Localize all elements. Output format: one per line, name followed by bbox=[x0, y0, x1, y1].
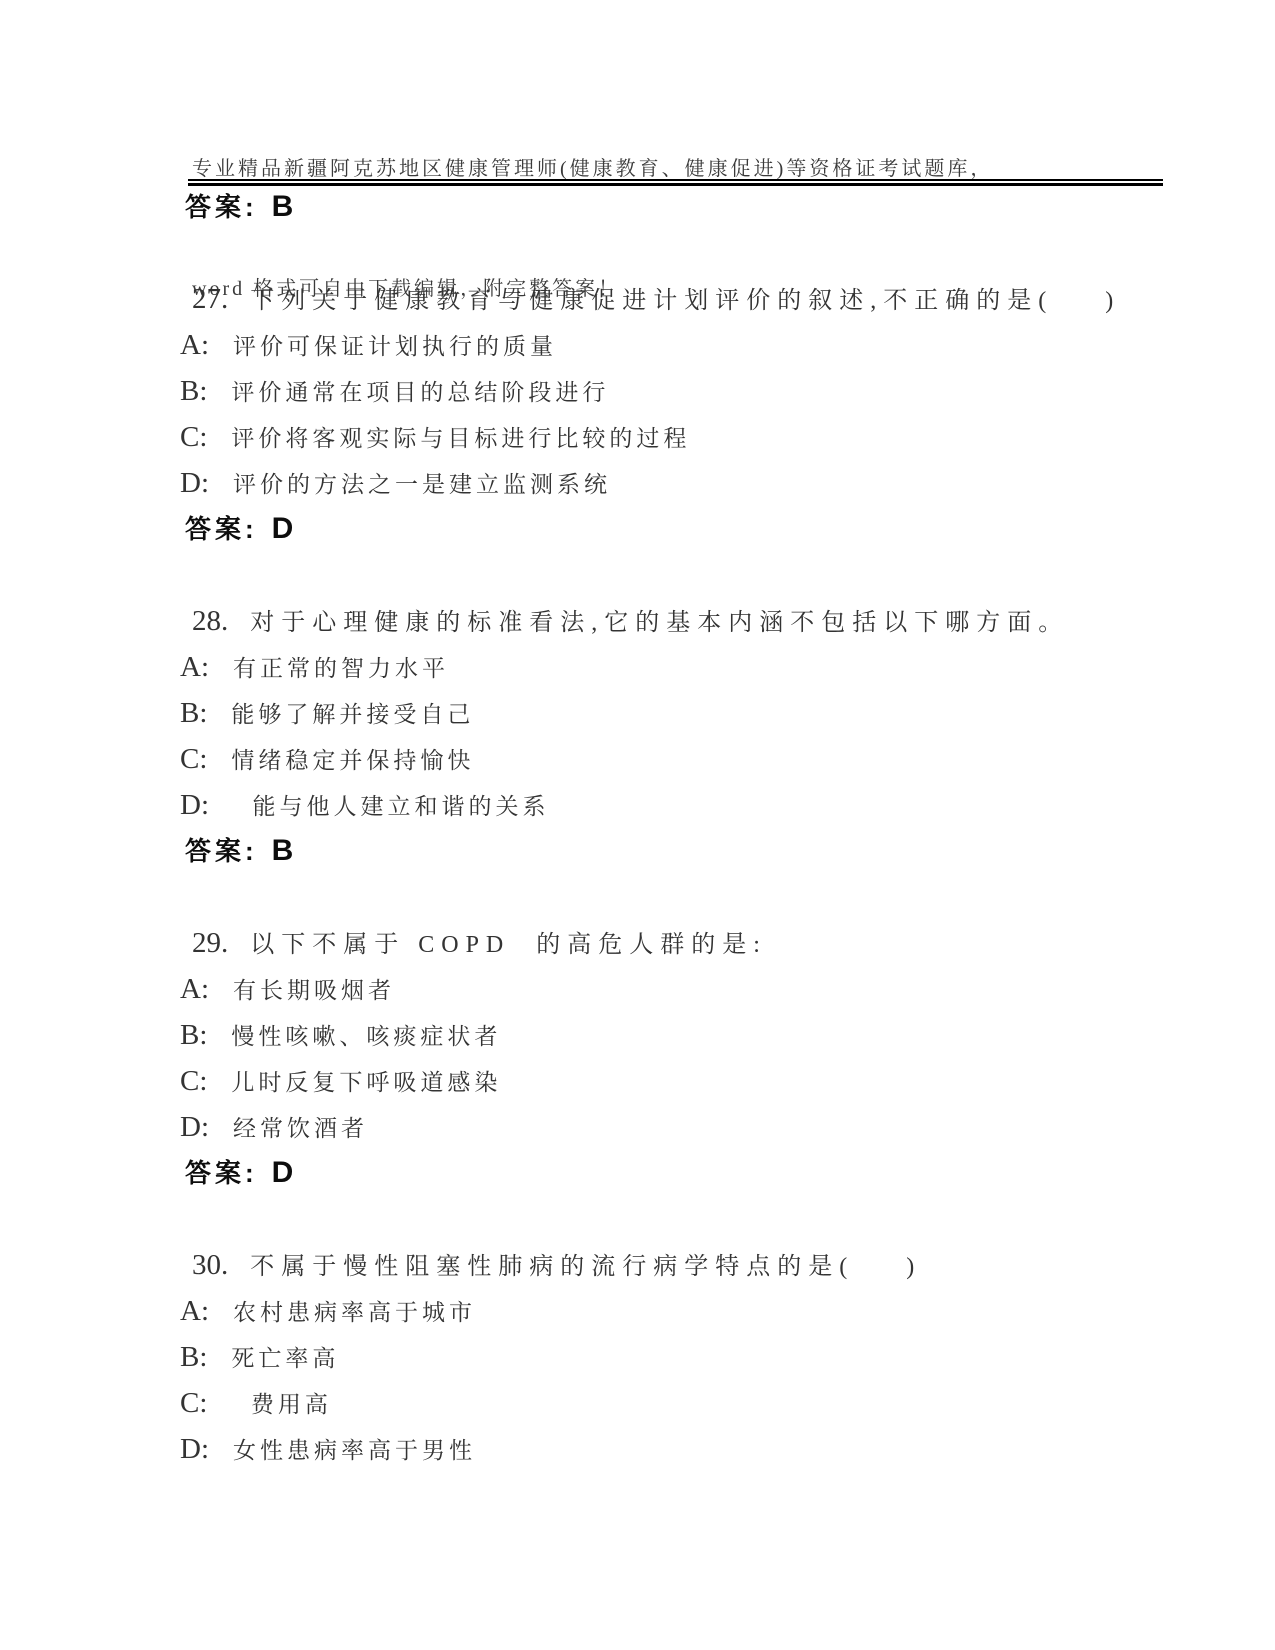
question-block-30: 30.不属于慢性阻塞性肺病的流行病学特点的是( ) A:农村患病率高于城市 B:… bbox=[180, 1242, 1170, 1472]
option-row: D:女性患病率高于男性 bbox=[180, 1426, 1170, 1472]
option-text: 情绪稳定并保持愉快 bbox=[231, 748, 474, 773]
block-spacer bbox=[180, 1196, 1170, 1242]
option-letter: C: bbox=[180, 421, 207, 453]
option-text: 经常饮酒者 bbox=[233, 1116, 368, 1141]
option-letter: D: bbox=[180, 789, 209, 821]
question-number: 27. bbox=[192, 283, 228, 315]
option-row: D:评价的方法之一是建立监测系统 bbox=[180, 460, 1170, 506]
option-row: B:评价通常在项目的总结阶段进行 bbox=[180, 368, 1170, 414]
option-letter: B: bbox=[180, 375, 207, 407]
option-text: 有正常的智力水平 bbox=[233, 656, 449, 681]
option-row: C:儿时反复下呼吸道感染 bbox=[180, 1058, 1170, 1104]
option-text: 评价的方法之一是建立监测系统 bbox=[233, 472, 611, 497]
option-letter: B: bbox=[180, 1019, 207, 1051]
block-spacer bbox=[180, 230, 1170, 276]
option-letter: A: bbox=[180, 1295, 209, 1327]
option-letter: D: bbox=[180, 1433, 209, 1465]
answer-value: D bbox=[272, 1156, 294, 1189]
option-row: B:能够了解并接受自己 bbox=[180, 690, 1170, 736]
option-text: 能够了解并接受自己 bbox=[231, 702, 474, 727]
answer-line: 答案:D bbox=[180, 1150, 1170, 1196]
answer-label: 答案: bbox=[185, 192, 258, 222]
question-title: 不属于慢性阻塞性肺病的流行病学特点的是( ) bbox=[250, 1254, 921, 1280]
option-letter: A: bbox=[180, 651, 209, 683]
option-letter: C: bbox=[180, 743, 207, 775]
option-row: B:死亡率高 bbox=[180, 1334, 1170, 1380]
answer-line: 答案:B bbox=[180, 828, 1170, 874]
question-block-27: 27.下列关于健康教育与健康促进计划评价的叙述,不正确的是( ) A:评价可保证… bbox=[180, 276, 1170, 552]
option-text: 评价将客观实际与目标进行比较的过程 bbox=[231, 426, 690, 451]
option-letter: C: bbox=[180, 1387, 207, 1419]
option-text: 费用高 bbox=[231, 1392, 332, 1417]
option-text: 女性患病率高于男性 bbox=[233, 1438, 476, 1463]
option-letter: B: bbox=[180, 1341, 207, 1373]
option-row: B:慢性咳嗽、咳痰症状者 bbox=[180, 1012, 1170, 1058]
option-letter: C: bbox=[180, 1065, 207, 1097]
question-title-row: 30.不属于慢性阻塞性肺病的流行病学特点的是( ) bbox=[180, 1242, 1170, 1288]
question-block-29: 29.以下不属于 COPD 的高危人群的是: A:有长期吸烟者 B:慢性咳嗽、咳… bbox=[180, 920, 1170, 1196]
answer-line: 答案:D bbox=[180, 506, 1170, 552]
answer-label: 答案: bbox=[185, 1158, 258, 1188]
option-letter: D: bbox=[180, 467, 209, 499]
question-title-row: 27.下列关于健康教育与健康促进计划评价的叙述,不正确的是( ) bbox=[180, 276, 1170, 322]
option-text: 评价可保证计划执行的质量 bbox=[233, 334, 557, 359]
answer-value: D bbox=[272, 512, 294, 545]
question-title-row: 29.以下不属于 COPD 的高危人群的是: bbox=[180, 920, 1170, 966]
block-spacer bbox=[180, 552, 1170, 598]
option-text: 慢性咳嗽、咳痰症状者 bbox=[231, 1024, 501, 1049]
question-title: 下列关于健康教育与健康促进计划评价的叙述,不正确的是( ) bbox=[250, 288, 1120, 314]
answer-label: 答案: bbox=[185, 836, 258, 866]
option-row: C:情绪稳定并保持愉快 bbox=[180, 736, 1170, 782]
question-block-28: 28.对于心理健康的标准看法,它的基本内涵不包括以下哪方面。 A:有正常的智力水… bbox=[180, 598, 1170, 874]
option-text: 儿时反复下呼吸道感染 bbox=[231, 1070, 501, 1095]
option-letter: A: bbox=[180, 973, 209, 1005]
answer-line-q26: 答案:B bbox=[180, 184, 1170, 230]
option-row: C: 费用高 bbox=[180, 1380, 1170, 1426]
option-row: A:有长期吸烟者 bbox=[180, 966, 1170, 1012]
question-number: 30. bbox=[192, 1249, 228, 1281]
answer-label: 答案: bbox=[185, 514, 258, 544]
option-row: D:经常饮酒者 bbox=[180, 1104, 1170, 1150]
option-row: A:农村患病率高于城市 bbox=[180, 1288, 1170, 1334]
option-letter: B: bbox=[180, 697, 207, 729]
option-letter: D: bbox=[180, 1111, 209, 1143]
option-row: C:评价将客观实际与目标进行比较的过程 bbox=[180, 414, 1170, 460]
question-title: 对于心理健康的标准看法,它的基本内涵不包括以下哪方面。 bbox=[250, 610, 1069, 636]
option-letter: A: bbox=[180, 329, 209, 361]
document-body: 答案:B 27.下列关于健康教育与健康促进计划评价的叙述,不正确的是( ) A:… bbox=[180, 184, 1170, 1472]
document-page: 专业精品新疆阿克苏地区健康管理师(健康教育、健康促进)等资格证考试题库， wor… bbox=[0, 0, 1275, 1650]
question-number: 29. bbox=[192, 927, 228, 959]
block-spacer bbox=[180, 874, 1170, 920]
answer-value: B bbox=[272, 834, 294, 867]
option-text: 能与他人建立和谐的关系 bbox=[233, 794, 550, 819]
option-text: 死亡率高 bbox=[231, 1346, 339, 1371]
option-text: 评价通常在项目的总结阶段进行 bbox=[231, 380, 609, 405]
answer-value: B bbox=[272, 190, 294, 223]
option-row: D: 能与他人建立和谐的关系 bbox=[180, 782, 1170, 828]
question-number: 28. bbox=[192, 605, 228, 637]
option-text: 农村患病率高于城市 bbox=[233, 1300, 476, 1325]
question-title: 以下不属于 COPD 的高危人群的是: bbox=[250, 932, 767, 958]
option-text: 有长期吸烟者 bbox=[233, 978, 395, 1003]
option-row: A:评价可保证计划执行的质量 bbox=[180, 322, 1170, 368]
question-title-row: 28.对于心理健康的标准看法,它的基本内涵不包括以下哪方面。 bbox=[180, 598, 1170, 644]
option-row: A:有正常的智力水平 bbox=[180, 644, 1170, 690]
